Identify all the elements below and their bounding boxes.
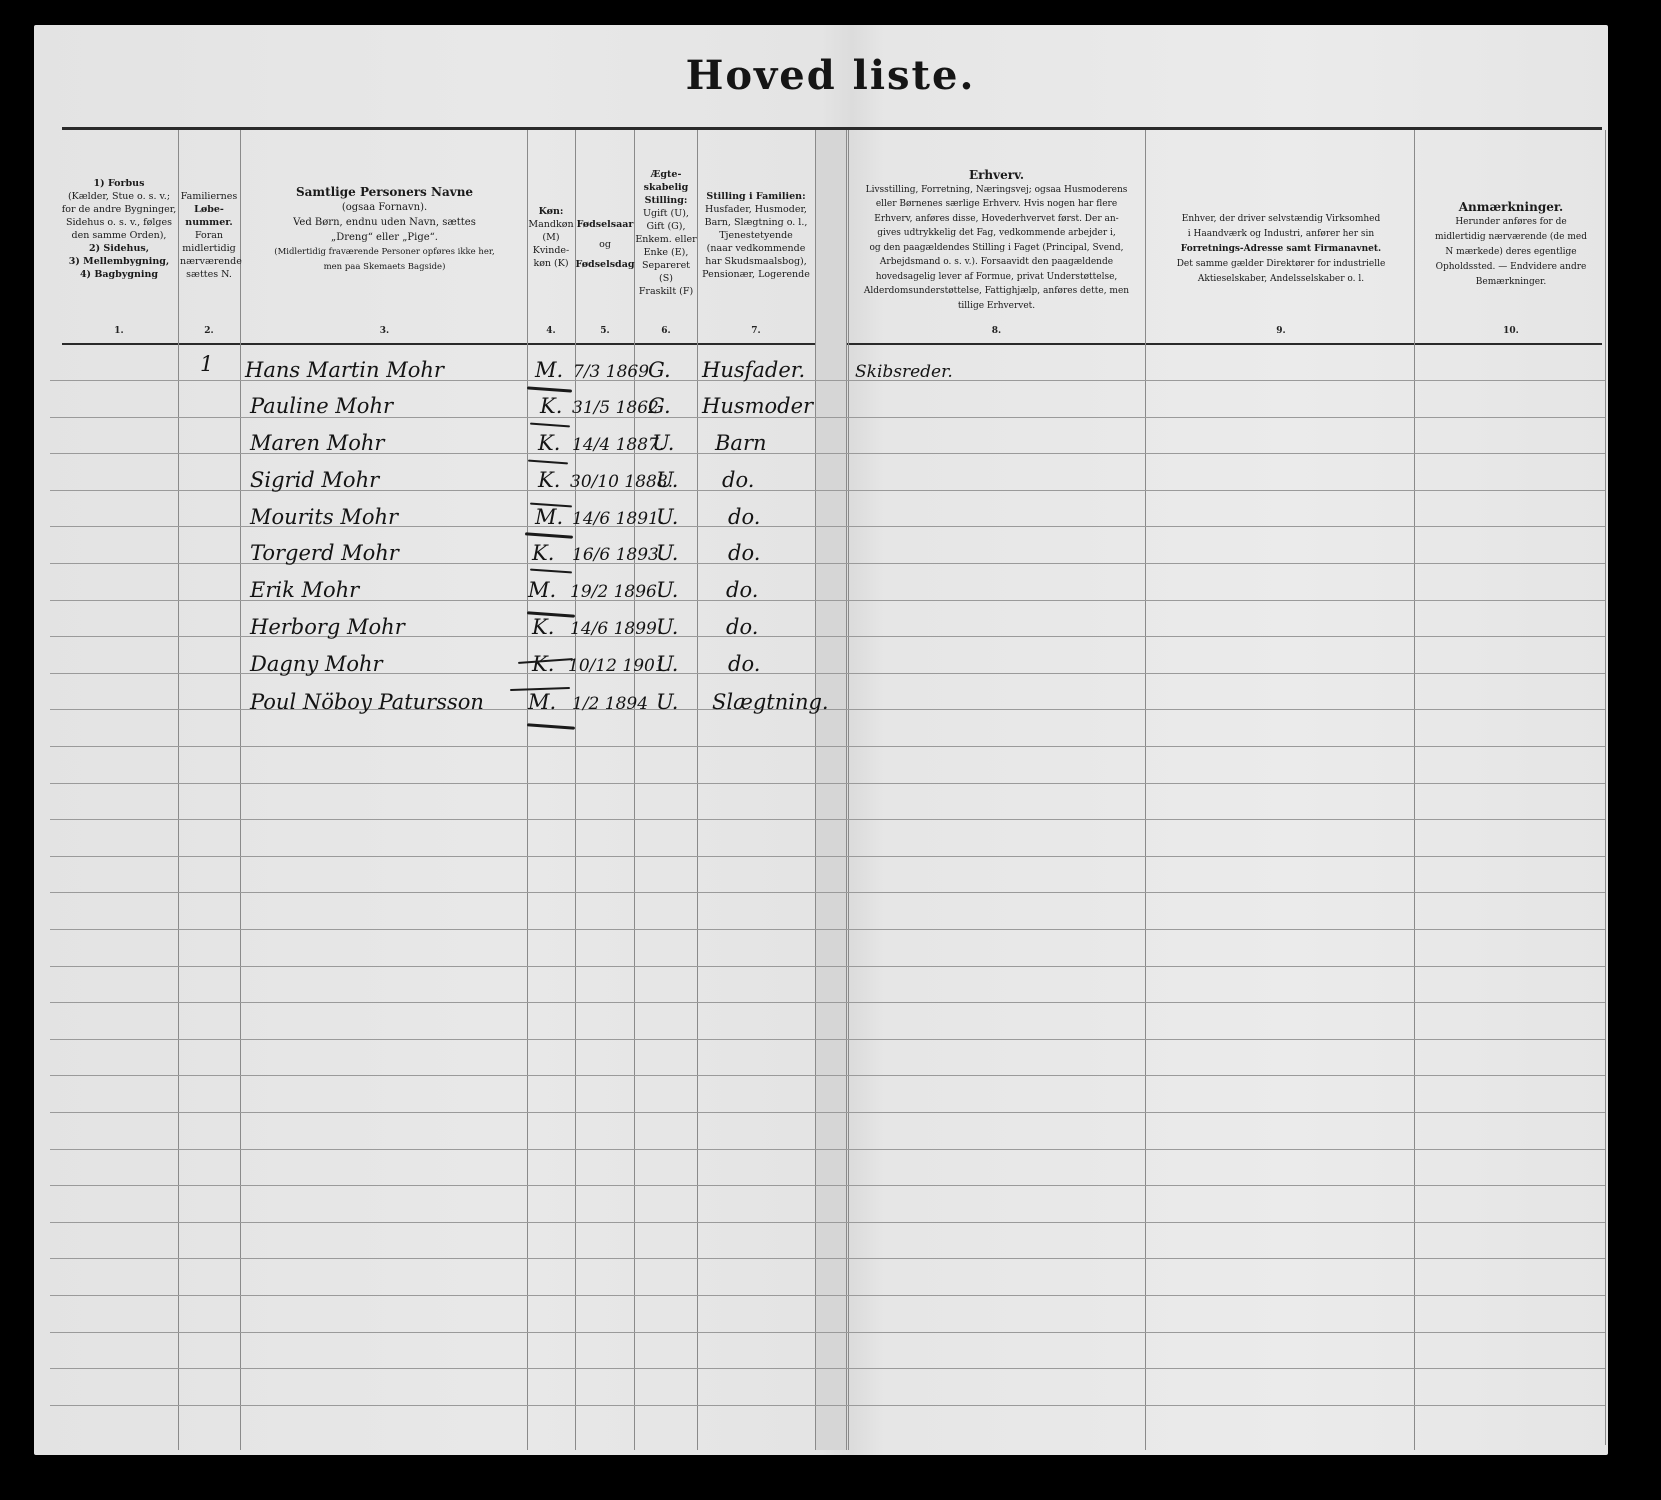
birth-date: 1/2 1894 (572, 694, 648, 714)
sex: M. (535, 358, 563, 382)
row-rule (50, 1295, 1605, 1296)
column-header-10: Anmærkninger. Herunder anføres for de mi… (1416, 200, 1606, 290)
marital-status: U. (656, 615, 678, 639)
family-position: do. (728, 505, 760, 529)
family-position: Barn (715, 431, 767, 455)
column-header-3: Samtlige Personers Navne (ogsaa Fornavn)… (242, 185, 527, 275)
sex: K. (532, 541, 554, 565)
sex: M. (535, 505, 563, 529)
person-name: Hans Martin Mohr (245, 358, 444, 382)
family-position: do. (726, 578, 758, 602)
birth-date: 14/6 1891. (572, 509, 664, 529)
family-position: do. (728, 652, 760, 676)
column-divider (178, 130, 179, 1450)
column-number-3: 3. (242, 326, 527, 336)
family-position: Husfader. (702, 358, 805, 382)
sex: K. (532, 615, 554, 639)
family-position: Slægtning. (712, 690, 829, 714)
birth-date: 14/6 1899. (570, 619, 662, 639)
occupation: Skibsreder. (855, 362, 953, 382)
sex: M. (528, 690, 556, 714)
row-rule (50, 1368, 1605, 1369)
family-position: do. (726, 615, 758, 639)
marital-status: U. (656, 505, 678, 529)
column-header-7: Stilling i Familien: Husfader, Husmoder,… (697, 190, 815, 281)
person-name: Pauline Mohr (250, 394, 393, 418)
row-rule (50, 1185, 1605, 1186)
row-rule (50, 929, 1605, 930)
person-name: Maren Mohr (250, 431, 384, 455)
marital-status: U. (652, 431, 674, 455)
column-number-5: 5. (575, 326, 635, 336)
birth-date: 7/3 1869 (573, 362, 649, 382)
row-rule (50, 746, 1605, 747)
row-rule (50, 856, 1605, 857)
column-header-6: Ægte- skabelig Stilling: Ugift (U), Gift… (634, 168, 698, 298)
column-number-6: 6. (634, 326, 698, 336)
person-name: Poul Nöboy Patursson (250, 690, 484, 714)
marital-status: G. (648, 358, 671, 382)
sex: M. (528, 578, 556, 602)
column-number-10: 10. (1416, 326, 1606, 336)
page-title: Hoved liste. (0, 52, 1661, 99)
marital-status: U. (656, 690, 678, 714)
sex: K. (538, 468, 560, 492)
row-rule (50, 892, 1605, 893)
column-number-1: 1. (60, 326, 178, 336)
page-gutter (815, 130, 847, 1450)
person-name: Mourits Mohr (250, 505, 398, 529)
column-header-2: Familiernes Løbe- nummer. Foran midlerti… (180, 190, 238, 281)
row-rule (50, 1039, 1605, 1040)
column-header-9: Enhver, der driver selvstændig Virksomhe… (1147, 212, 1415, 287)
row-rule (50, 1002, 1605, 1003)
column-header-4: Køn: Mandkøn (M) Kvinde- køn (K) (527, 205, 575, 270)
row-rule (50, 783, 1605, 784)
sex: K. (540, 394, 562, 418)
person-name: Herborg Mohr (250, 615, 405, 639)
row-rule (50, 1112, 1605, 1113)
column-header-8: Erhverv. Livsstilling, Forretning, Nærin… (848, 168, 1145, 313)
row-rule (50, 1075, 1605, 1076)
family-position: do. (722, 468, 754, 492)
column-number-9: 9. (1147, 326, 1415, 336)
column-number-7: 7. (697, 326, 815, 336)
birth-date: 19/2 1896. (570, 582, 662, 602)
person-name: Erik Mohr (250, 578, 359, 602)
column-header-5: Fødselsaar og Fødselsdag (575, 215, 635, 275)
family-number: 1 (200, 352, 213, 376)
marital-status: G. (648, 394, 671, 418)
birth-date: 16/6 1893. (572, 545, 664, 565)
marital-status: U. (656, 468, 678, 492)
column-divider (240, 130, 241, 1450)
sex: K. (532, 652, 554, 676)
marital-status: U. (656, 578, 678, 602)
row-rule (50, 819, 1605, 820)
row-rule (50, 1332, 1605, 1333)
row-rule (50, 1258, 1605, 1259)
column-header-1: 1) Forbus (Kælder, Stue o. s. v.; for de… (60, 177, 178, 281)
column-number-8: 8. (848, 326, 1145, 336)
person-name: Sigrid Mohr (250, 468, 379, 492)
row-rule (50, 1405, 1605, 1406)
person-name: Torgerd Mohr (250, 541, 399, 565)
row-rule (50, 966, 1605, 967)
family-position: do. (728, 541, 760, 565)
row-rule (50, 1222, 1605, 1223)
marital-status: U. (656, 541, 678, 565)
family-position: Husmoder (702, 394, 813, 418)
column-divider (1145, 130, 1146, 1450)
row-rule (50, 1149, 1605, 1150)
birth-date: 14/4 1887. (572, 435, 664, 455)
column-number-4: 4. (527, 326, 575, 336)
column-number-2: 2. (180, 326, 238, 336)
sex: K. (538, 431, 560, 455)
birth-date: 31/5 1862 (572, 398, 659, 418)
marital-status: U. (656, 652, 678, 676)
person-name: Dagny Mohr (250, 652, 383, 676)
